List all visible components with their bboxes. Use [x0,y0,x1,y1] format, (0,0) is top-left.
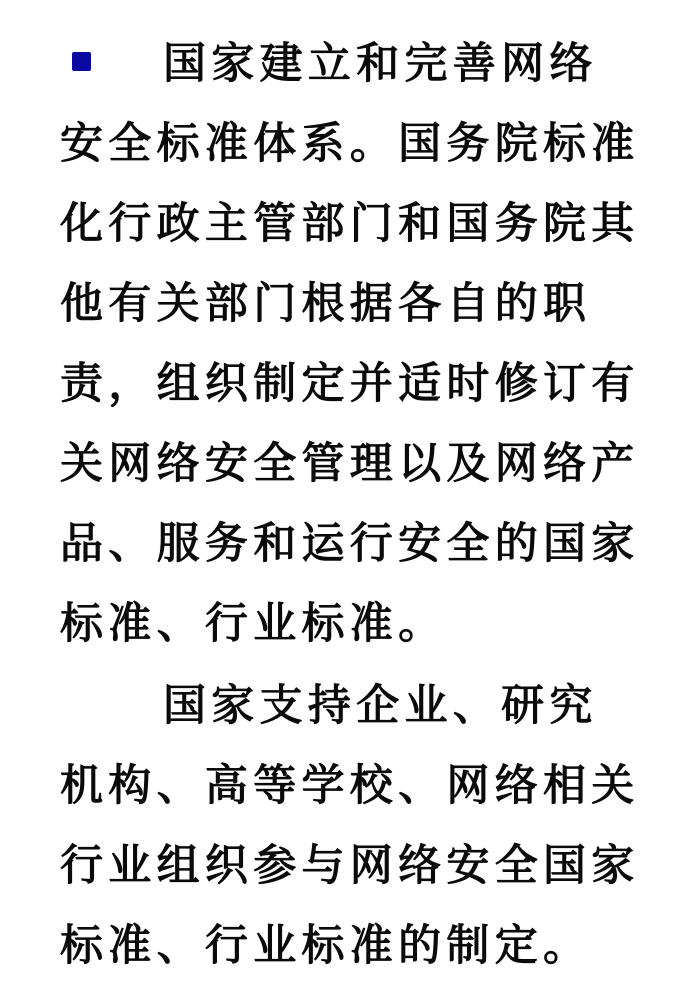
text-line: 他有关部门根据各自的职 [60,264,650,344]
text-line: 责，组织制定并适时修订有 [60,344,650,424]
paragraph-support-participation: 国家支持企业、研究 机构、高等学校、网络相关 行业组织参与网络安全国家 标准、行… [60,666,650,986]
document-page: 国家建立和完善网络 安全标准体系。国务院标准 化行政主管部门和国务院其 他有关部… [0,0,700,1008]
text-line: 标准、行业标准。 [60,584,650,664]
text-line: 品、服务和运行安全的国家 [60,504,650,584]
text-line: 安全标准体系。国务院标准 [60,104,650,184]
text-line: 机构、高等学校、网络相关 [60,746,650,826]
text-line: 国家支持企业、研究 [60,666,650,746]
text-line: 行业组织参与网络安全国家 [60,826,650,906]
paragraph-network-security-standards: 国家建立和完善网络 安全标准体系。国务院标准 化行政主管部门和国务院其 他有关部… [60,24,650,664]
text-line: 化行政主管部门和国务院其 [60,184,650,264]
text-line: 标准、行业标准的制定。 [60,906,650,986]
text-line: 关网络安全管理以及网络产 [60,424,650,504]
text-line: 国家建立和完善网络 [60,24,650,104]
